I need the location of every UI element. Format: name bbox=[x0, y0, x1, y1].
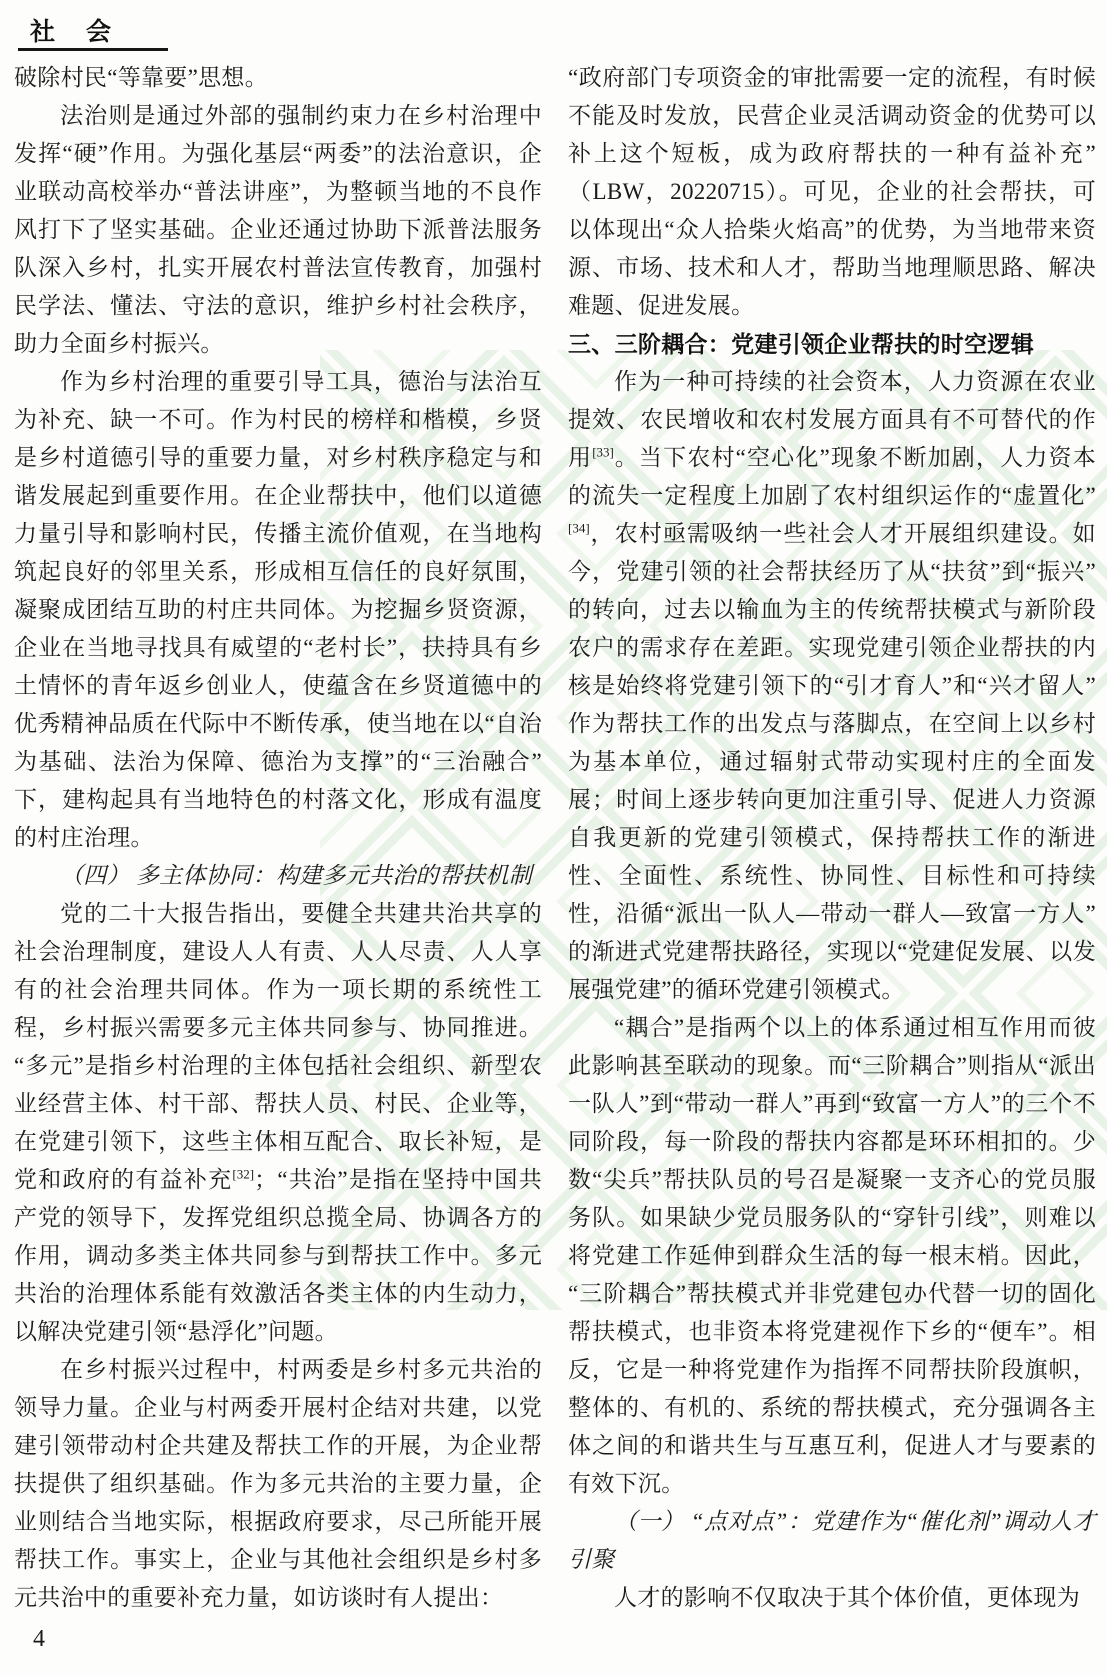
journal-page: 社 会 破除村民“等靠要”思想。 法治则是通过外部的强制约束力在乡村治理中发挥“… bbox=[0, 0, 1107, 1675]
header-rule bbox=[18, 48, 168, 51]
paragraph-virtue-governance: 作为乡村治理的重要引导工具，德治与法治互为补充、缺一不可。作为村民的榜样和楷模，… bbox=[14, 363, 542, 857]
text-segment: ；“共治”是指在坚持中国共产党的领导下，发挥党组织总揽全局、协调各方的作用，调动… bbox=[14, 1167, 542, 1344]
citation-ref-33: [33] bbox=[592, 444, 614, 459]
text-segment: ，农村亟需吸纳一些社会人才开展组织建设。如今，党建引领的社会帮扶经历了从“扶贫”… bbox=[568, 521, 1096, 1002]
section-heading-three: 三、三阶耦合：党建引领企业帮扶的时空逻辑 bbox=[568, 325, 1096, 363]
page-footer: 4 bbox=[33, 1626, 45, 1653]
page-number: 4 bbox=[33, 1626, 45, 1652]
running-head: 社 会 bbox=[30, 12, 115, 48]
text-segment: 。当下农村“空心化”现象不断加剧，人力资本的流失一定程度上加剧了农村组织运作的“… bbox=[568, 445, 1096, 508]
citation-ref-32: [32] bbox=[232, 1166, 254, 1181]
paragraph-human-capital: 作为一种可持续的社会资本，人力资源在农业提效、农民增收和农村发展方面具有不可替代… bbox=[568, 363, 1096, 1009]
paragraph-rule-of-law: 法治则是通过外部的强制约束力在乡村治理中发挥“硬”作用。为强化基层“两委”的法治… bbox=[14, 97, 542, 363]
paragraph-coupling-definition: “耦合”是指两个以上的体系通过相互作用而彼此影响甚至联动的现象。而“三阶耦合”则… bbox=[568, 1009, 1096, 1503]
paragraph-interview-quote: “政府部门专项资金的审批需要一定的流程，有时候不能及时发放，民营企业灵活调动资金… bbox=[568, 59, 1096, 325]
subsection-heading-four: （四） 多主体协同：构建多元共治的帮扶机制 bbox=[14, 857, 542, 895]
left-column: 破除村民“等靠要”思想。 法治则是通过外部的强制约束力在乡村治理中发挥“硬”作用… bbox=[14, 59, 542, 1617]
article-body: 破除村民“等靠要”思想。 法治则是通过外部的强制约束力在乡村治理中发挥“硬”作用… bbox=[14, 59, 1096, 1617]
paragraph-multi-subject: 党的二十大报告指出，要健全共建共治共享的社会治理制度，建设人人有责、人人尽责、人… bbox=[14, 895, 542, 1351]
right-column: “政府部门专项资金的审批需要一定的流程，有时候不能及时发放，民营企业灵活调动资金… bbox=[568, 59, 1096, 1617]
section-title: 社 会 bbox=[30, 18, 115, 46]
subsection-heading-one: （一） “点对点”：党建作为“催化剂”调动人才引聚 bbox=[568, 1503, 1096, 1579]
citation-ref-34: [34] bbox=[568, 520, 590, 535]
text-segment: 党的二十大报告指出，要健全共建共治共享的社会治理制度，建设人人有责、人人尽责、人… bbox=[14, 901, 542, 1192]
paragraph-village-committees: 在乡村振兴过程中，村两委是乡村多元共治的领导力量。企业与村两委开展村企结对共建，… bbox=[14, 1351, 542, 1617]
paragraph-talent-impact: 人才的影响不仅取决于其个体价值，更体现为 bbox=[568, 1579, 1096, 1617]
paragraph-carryover: 破除村民“等靠要”思想。 bbox=[14, 59, 542, 97]
